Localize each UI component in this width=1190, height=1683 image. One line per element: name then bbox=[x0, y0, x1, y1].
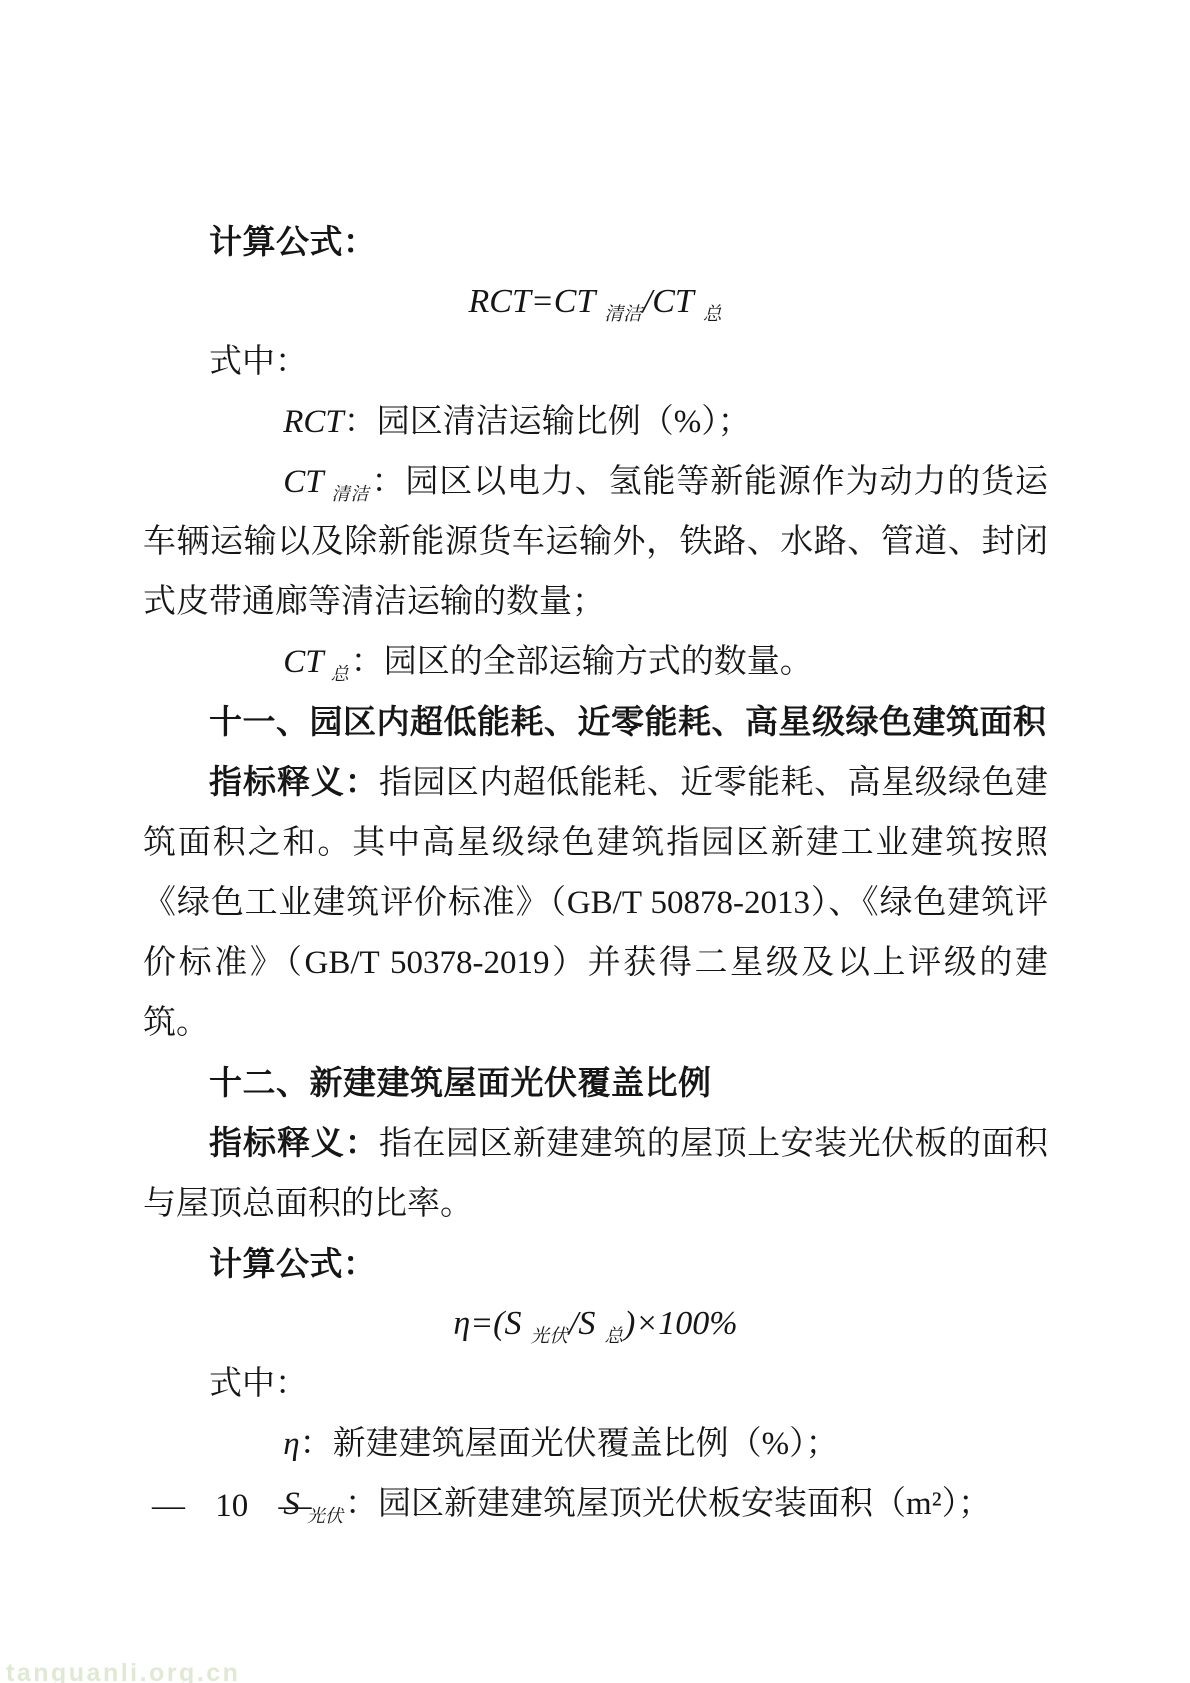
term-ct-clean-subscript: 清洁 bbox=[331, 484, 370, 504]
formula-rct-subscript-total: 总 bbox=[703, 304, 722, 325]
definition-ct-clean: CT清洁：园区以电力、氢能等新能源作为动力的货运车辆运输以及除新能源货车运输外，… bbox=[143, 452, 1048, 632]
formula-rct-subscript-clean: 清洁 bbox=[604, 304, 641, 325]
definition-ct-total: CT总：园区的全部运输方式的数量。 bbox=[143, 632, 1048, 692]
definition-eta-text: ：新建建筑屋面光伏覆盖比例（%）； bbox=[300, 1426, 839, 1462]
definition-eta: η：新建建筑屋面光伏覆盖比例（%）； bbox=[143, 1414, 1048, 1474]
section-11-definition: 指标释义：指园区内超低能耗、近零能耗、高星级绿色建筑面积之和。其中高星级绿色建筑… bbox=[143, 752, 1048, 1053]
definition-s-pv-text: ：园区新建建筑屋顶光伏板安装面积（m²）； bbox=[345, 1486, 991, 1522]
section-12-definition-label: 指标释义： bbox=[209, 1124, 379, 1161]
definition-rct: RCT：园区清洁运输比例（%）； bbox=[143, 392, 1048, 452]
definition-ct-total-text: ：园区的全部运输方式的数量。 bbox=[351, 644, 813, 680]
section-11-definition-label: 指标释义： bbox=[209, 763, 379, 800]
where-label-1: 式中： bbox=[143, 332, 1048, 392]
document-content: 计算公式： RCT=CT清洁/CT总 式中： RCT：园区清洁运输比例（%）； … bbox=[143, 212, 1048, 1534]
formula-eta-subscript-total: 总 bbox=[604, 1326, 623, 1347]
section-12-definition: 指标释义：指在园区新建建筑的屋顶上安装光伏板的面积与屋顶总面积的比率。 bbox=[143, 1113, 1048, 1234]
term-s-pv-subscript: 光伏 bbox=[307, 1506, 343, 1526]
term-ct-total: CT bbox=[283, 644, 323, 680]
formula-rct-mid: /CT bbox=[643, 283, 694, 320]
formula-eta-subscript-pv: 光伏 bbox=[531, 1326, 568, 1347]
formula-eta-pre: η=(S bbox=[453, 1305, 521, 1342]
formula-rct-pre: RCT=CT bbox=[469, 283, 596, 320]
definition-ct-clean-text: ：园区以电力、氢能等新能源作为动力的货运车辆运输以及除新能源货车运输外，铁路、水… bbox=[143, 464, 1048, 620]
formula-eta-post: )×100% bbox=[624, 1305, 738, 1342]
calc-formula-heading-2: 计算公式： bbox=[143, 1234, 1048, 1294]
document-page: 计算公式： RCT=CT清洁/CT总 式中： RCT：园区清洁运输比例（%）； … bbox=[0, 0, 1190, 1683]
term-ct-clean: CT bbox=[283, 464, 323, 500]
watermark: tanguanli.org.cn bbox=[6, 1659, 240, 1683]
formula-rct: RCT=CT清洁/CT总 bbox=[143, 272, 1048, 332]
formula-eta: η=(S光伏/S总)×100% bbox=[143, 1294, 1048, 1354]
where-label-2: 式中： bbox=[143, 1354, 1048, 1414]
formula-eta-mid: /S bbox=[569, 1305, 595, 1342]
definition-rct-text: ：园区清洁运输比例（%）； bbox=[344, 404, 751, 440]
section-11-heading: 十一、园区内超低能耗、近零能耗、高星级绿色建筑面积 bbox=[143, 692, 1048, 752]
page-number: — 10 — bbox=[152, 1488, 312, 1525]
section-12-heading: 十二、新建建筑屋面光伏覆盖比例 bbox=[143, 1053, 1048, 1113]
section-11-definition-text: 指园区内超低能耗、近零能耗、高星级绿色建筑面积之和。其中高星级绿色建筑指园区新建… bbox=[143, 765, 1048, 1041]
term-eta: η bbox=[283, 1426, 299, 1462]
term-ct-total-subscript: 总 bbox=[331, 664, 349, 684]
calc-formula-heading-1: 计算公式： bbox=[143, 212, 1048, 272]
term-rct: RCT bbox=[283, 404, 344, 440]
